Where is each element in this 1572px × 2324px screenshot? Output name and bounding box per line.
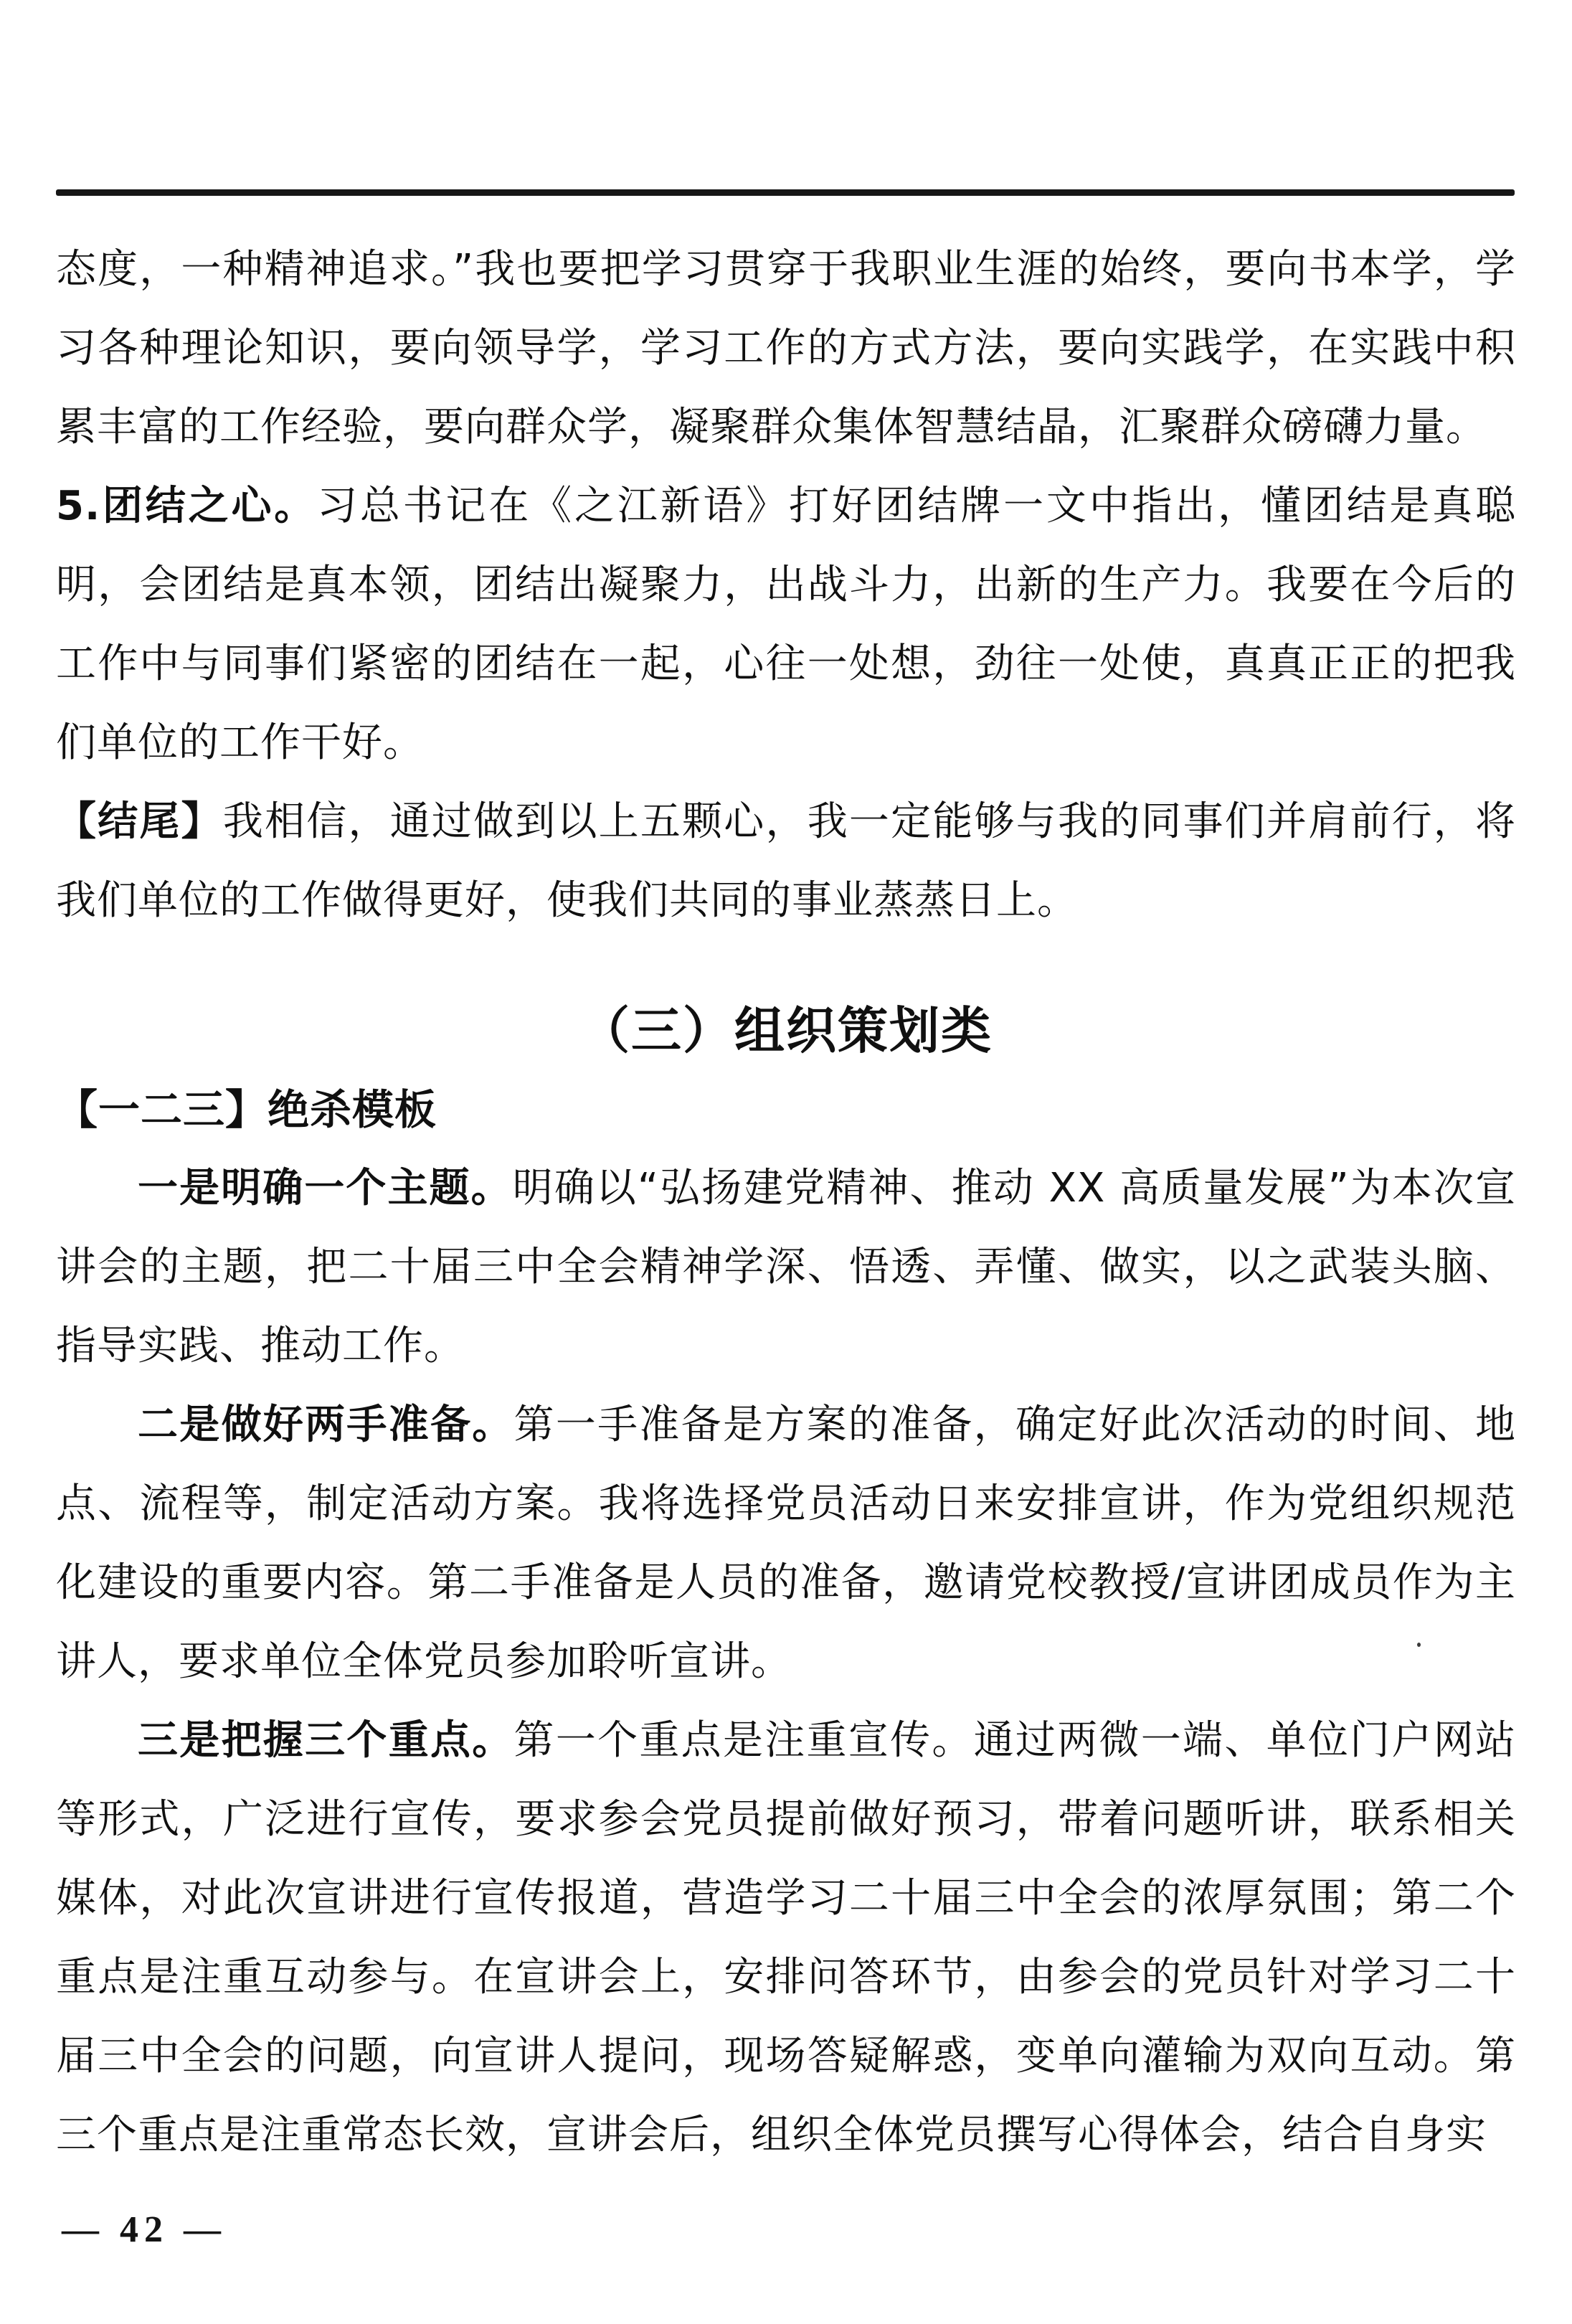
text-run: 态度，一种精神追求。”我也要把学习贯穿于我职业生涯的始终，要向书本学，学习各种理… <box>56 246 1516 450</box>
document-page: 态度，一种精神追求。”我也要把学习贯穿于我职业生涯的始终，要向书本学，学习各种理… <box>0 0 1572 2324</box>
paragraph-closing: 【结尾】我相信，通过做到以上五颗心，我一定能够与我的同事们并肩前行，将我们单位的… <box>56 783 1516 940</box>
section-heading: （三）组织策划类 <box>56 991 1516 1070</box>
text-run-bold: 5.团结之心。 <box>56 483 317 529</box>
sub-heading: 【一二三】绝杀模板 <box>56 1070 1516 1149</box>
paragraph-unity-heart: 5.团结之心。习总书记在《之江新语》打好团结牌一文中指出，懂团结是真聪明，会团结… <box>56 467 1516 783</box>
ink-speck <box>1417 1643 1421 1647</box>
page-number: — 42 — <box>62 2208 227 2252</box>
text-run: 我相信，通过做到以上五颗心，我一定能够与我的同事们并肩前行，将我们单位的工作做得… <box>56 798 1516 924</box>
text-run-bold: 三是把握三个重点。 <box>138 1717 514 1764</box>
paragraph-point-one: 一是明确一个主题。明确以“弘扬建党精神、推动 XX 高质量发展”为本次宣讲会的主… <box>56 1149 1516 1386</box>
paragraph-learning-continuation: 态度，一种精神追求。”我也要把学习贯穿于我职业生涯的始终，要向书本学，学习各种理… <box>56 230 1516 467</box>
page-body: 态度，一种精神追求。”我也要把学习贯穿于我职业生涯的始终，要向书本学，学习各种理… <box>56 230 1516 2175</box>
text-run-bold: 【结尾】 <box>56 798 223 845</box>
text-run: 第一个重点是注重宣传。通过两微一端、单位门户网站等形式，广泛进行宣传，要求参会党… <box>56 1717 1516 2158</box>
paragraph-point-two: 二是做好两手准备。第一手准备是方案的准备，确定好此次活动的时间、地点、流程等，制… <box>56 1386 1516 1701</box>
divider-line <box>56 189 1515 196</box>
text-run-bold: 一是明确一个主题。 <box>138 1165 513 1211</box>
text-run-bold: 二是做好两手准备。 <box>138 1402 514 1448</box>
paragraph-point-three: 三是把握三个重点。第一个重点是注重宣传。通过两微一端、单位门户网站等形式，广泛进… <box>56 1701 1516 2175</box>
